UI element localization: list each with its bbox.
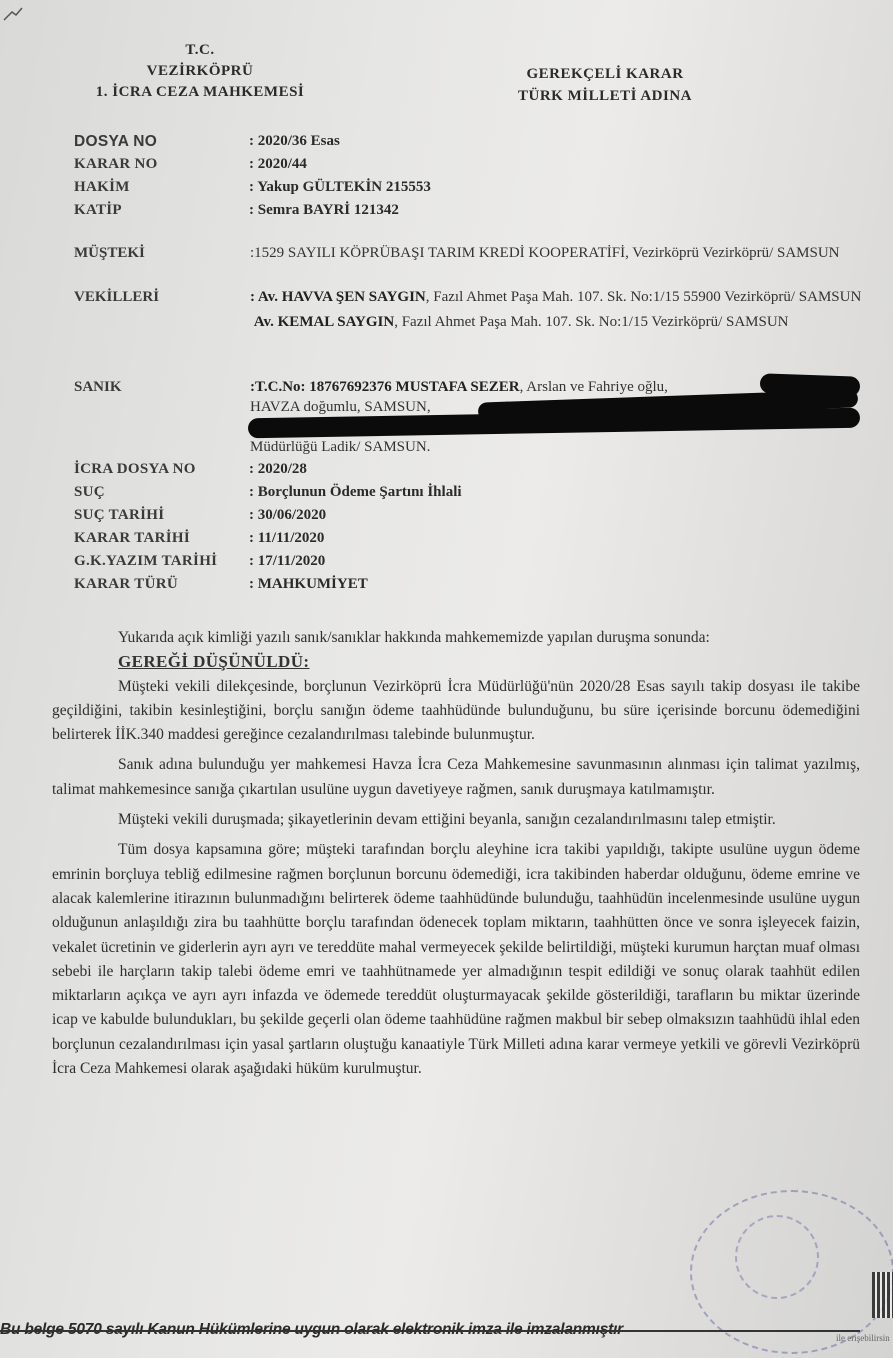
case-detail-row: SUÇ : Borçlunun Ödeme Şartını İhlali xyxy=(74,481,874,504)
intro-paragraph: Yukarıda açık kimliği yazılı sanık/sanık… xyxy=(52,626,860,650)
case-info-value: : Semra BAYRİ 121342 xyxy=(249,199,399,222)
body-paragraph: Müşteki vekili duruşmada; şikayetlerinin… xyxy=(52,808,860,832)
complainant: MÜŞTEKİ :1529 SAYILI KÖPRÜBAŞI TARIM KRE… xyxy=(74,243,864,264)
case-detail-value: : 11/11/2020 xyxy=(249,527,324,550)
case-info-row: DOSYA NO : 2020/36 Esas xyxy=(74,130,874,153)
case-info-label: KARAR NO xyxy=(74,153,249,176)
case-info-value: : Yakup GÜLTEKİN 215553 xyxy=(249,176,431,199)
body-paragraph: Müşteki vekili dilekçesinde, borçlunun V… xyxy=(52,675,860,748)
attorney-1-address: , Fazıl Ahmet Paşa Mah. 107. Sk. No:1/15… xyxy=(426,289,862,305)
case-info-value: : 2020/44 xyxy=(249,153,307,176)
section-heading: GEREĞİ DÜŞÜNÜLDÜ: xyxy=(118,650,860,674)
case-detail-row: G.K.YAZIM TARİHİ : 17/11/2020 xyxy=(74,550,874,573)
decision-body: Yukarıda açık kimliği yazılı sanık/sanık… xyxy=(52,626,860,1081)
body-paragraph: Sanık adına bulunduğu yer mahkemesi Havz… xyxy=(52,753,860,802)
verification-url-text xyxy=(10,1340,12,1350)
republic-label: T.C. xyxy=(60,40,340,61)
case-detail-value: : 30/06/2020 xyxy=(249,504,326,527)
defendant-label: SANIK xyxy=(74,377,250,457)
case-info-row: HAKİM : Yakup GÜLTEKİN 215553 xyxy=(74,176,874,199)
court-name: 1. İCRA CEZA MAHKEMESİ xyxy=(60,82,340,103)
complainant-label: MÜŞTEKİ xyxy=(74,243,250,264)
decision-header: GEREKÇELİ KARAR TÜRK MİLLETİ ADINA xyxy=(490,63,720,107)
case-detail-label: SUÇ xyxy=(74,481,249,504)
case-detail-row: KARAR TÜRÜ : MAHKUMİYET xyxy=(74,573,874,596)
nation-label: TÜRK MİLLETİ ADINA xyxy=(490,85,720,107)
attorney-2: Av. KEMAL SAYGIN, Fazıl Ahmet Paşa Mah. … xyxy=(250,312,864,333)
case-details: İCRA DOSYA NO : 2020/28 SUÇ : Borçlunun … xyxy=(74,458,874,596)
body-paragraph: Tüm dosya kapsamına göre; müşteki tarafı… xyxy=(52,838,860,1081)
court-header: T.C. VEZİRKÖPRÜ 1. İCRA CEZA MAHKEMESİ xyxy=(60,40,340,103)
complainant-value: :1529 SAYILI KÖPRÜBAŞI TARIM KREDİ KOOPE… xyxy=(250,243,864,264)
attorney-1-name: : Av. HAVVA ŞEN SAYGIN xyxy=(250,289,426,305)
attorneys: VEKİLLERİ : Av. HAVVA ŞEN SAYGIN, Fazıl … xyxy=(74,287,864,333)
attorney-1: : Av. HAVVA ŞEN SAYGIN, Fazıl Ahmet Paşa… xyxy=(250,287,864,308)
case-detail-value: : 17/11/2020 xyxy=(249,550,325,573)
attorneys-label: VEKİLLERİ xyxy=(74,287,250,333)
decision-title: GEREKÇELİ KARAR xyxy=(490,63,720,85)
city-label: VEZİRKÖPRÜ xyxy=(60,61,340,82)
case-info-label: DOSYA NO xyxy=(74,130,249,153)
defendant-line-4: Müdürlüğü Ladik/ SAMSUN. xyxy=(250,437,864,457)
footer-rule xyxy=(0,1330,860,1332)
case-info-value: : 2020/36 Esas xyxy=(249,130,340,153)
case-detail-row: SUÇ TARİHİ : 30/06/2020 xyxy=(74,504,874,527)
case-detail-label: G.K.YAZIM TARİHİ xyxy=(74,550,249,573)
case-detail-row: İCRA DOSYA NO : 2020/28 xyxy=(74,458,874,481)
defendant-id: :T.C.No: 18767692376 MUSTAFA SEZER xyxy=(250,379,520,395)
attorney-2-address: , Fazıl Ahmet Paşa Mah. 107. Sk. No:1/15… xyxy=(394,314,788,330)
attorney-2-name: Av. KEMAL SAYGIN xyxy=(254,314,394,330)
case-detail-value: : MAHKUMİYET xyxy=(249,573,368,596)
case-detail-row: KARAR TARİHİ : 11/11/2020 xyxy=(74,527,874,550)
case-detail-value: : 2020/28 xyxy=(249,458,307,481)
case-info-row: KARAR NO : 2020/44 xyxy=(74,153,874,176)
case-detail-label: SUÇ TARİHİ xyxy=(74,504,249,527)
case-info: DOSYA NO : 2020/36 Esas KARAR NO : 2020/… xyxy=(74,130,874,222)
case-info-label: KATİP xyxy=(74,199,249,222)
case-info-label: HAKİM xyxy=(74,176,249,199)
case-info-row: KATİP : Semra BAYRİ 121342 xyxy=(74,199,874,222)
pen-mark xyxy=(2,2,42,22)
case-detail-value: : Borçlunun Ödeme Şartını İhlali xyxy=(249,481,462,504)
case-detail-label: İCRA DOSYA NO xyxy=(74,458,249,481)
case-detail-label: KARAR TARİHİ xyxy=(74,527,249,550)
qr-code-icon xyxy=(872,1272,893,1318)
case-detail-label: KARAR TÜRÜ xyxy=(74,573,249,596)
court-seal-inner xyxy=(735,1215,819,1299)
verify-text: ile erişebilirsin xyxy=(836,1333,890,1343)
